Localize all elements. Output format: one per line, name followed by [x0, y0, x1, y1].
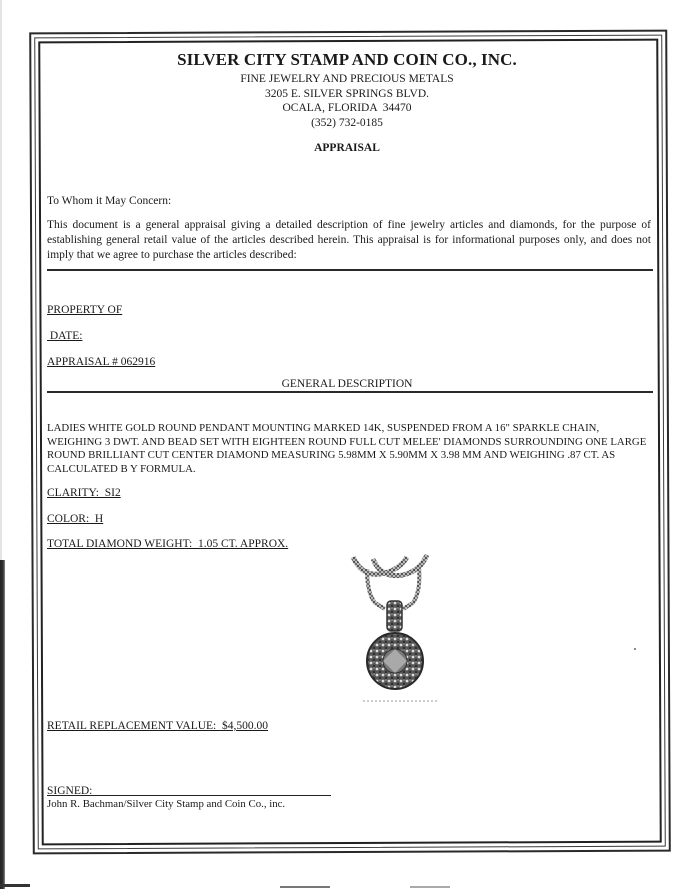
- company-address-line2: OCALA, FLORIDA 34470: [47, 101, 647, 116]
- general-description-heading: GENERAL DESCRIPTION: [47, 378, 647, 390]
- pendant-photo: [345, 553, 445, 708]
- company-info: FINE JEWELRY AND PRECIOUS METALS 3205 E.…: [47, 72, 647, 130]
- scan-artifact: [280, 886, 330, 888]
- scan-artifact: [410, 886, 450, 888]
- clarity-field: CLARITY: SI2: [47, 487, 121, 499]
- color-field: COLOR: H: [47, 513, 103, 525]
- company-tagline: FINE JEWELRY AND PRECIOUS METALS: [47, 72, 647, 87]
- company-name: SILVER CITY STAMP AND COIN CO., INC.: [47, 50, 647, 70]
- document-title: APPRAISAL: [47, 142, 647, 154]
- scan-speck: [634, 648, 636, 650]
- scan-artifact: [0, 884, 30, 887]
- item-description: LADIES WHITE GOLD ROUND PENDANT MOUNTING…: [47, 422, 647, 476]
- signed-label: SIGNED:: [47, 785, 92, 797]
- divider: [47, 269, 653, 271]
- divider: [47, 391, 653, 393]
- intro-paragraph: This document is a general appraisal giv…: [47, 218, 651, 263]
- total-diamond-weight-field: TOTAL DIAMOND WEIGHT: 1.05 CT. APPROX.: [47, 538, 288, 550]
- property-of-field: PROPERTY OF: [47, 304, 122, 316]
- signer-name: John R. Bachman/Silver City Stamp and Co…: [47, 798, 285, 810]
- date-field: DATE:: [47, 330, 82, 342]
- scan-edge: [0, 0, 2, 560]
- scan-edge-shadow: [0, 560, 5, 889]
- retail-replacement-value: RETAIL REPLACEMENT VALUE: $4,500.00: [47, 720, 268, 732]
- company-phone: (352) 732-0185: [47, 116, 647, 131]
- salutation: To Whom it May Concern:: [47, 195, 171, 207]
- company-address-line1: 3205 E. SILVER SPRINGS BLVD.: [47, 87, 647, 102]
- appraisal-number-field: APPRAISAL # 062916: [47, 356, 155, 368]
